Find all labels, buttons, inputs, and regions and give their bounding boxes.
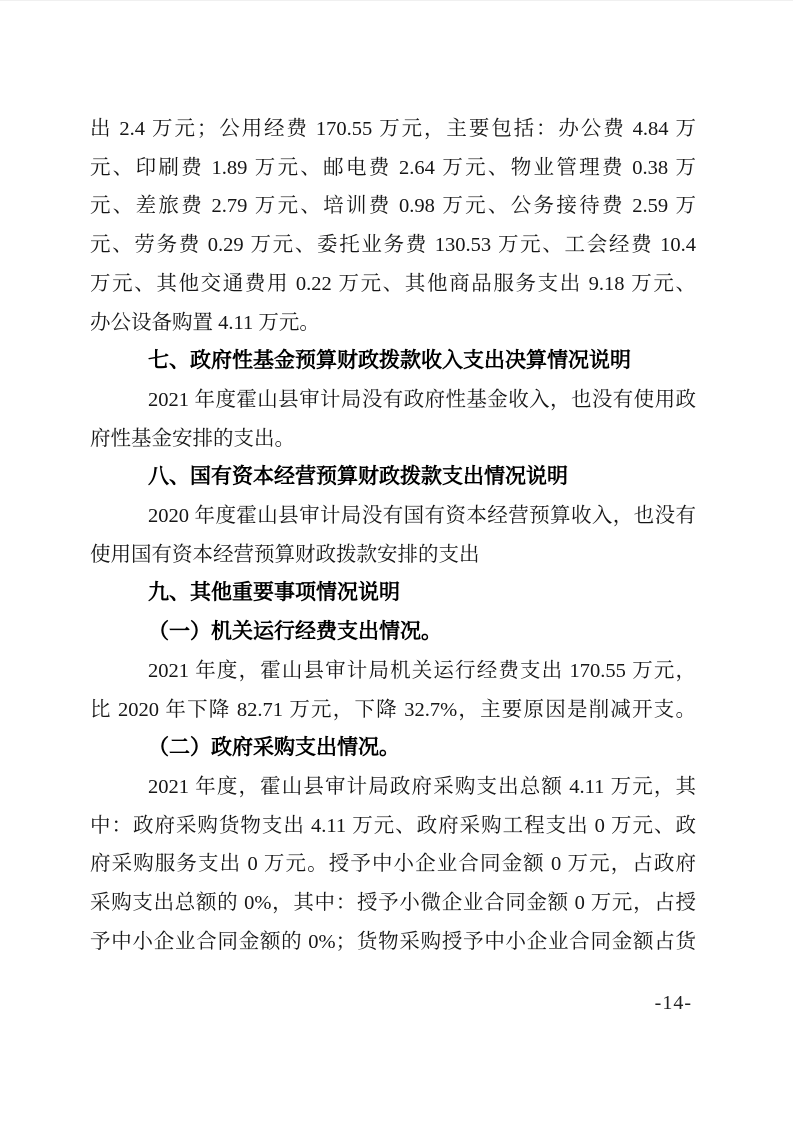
body-line: 比 2020 年下降 82.71 万元，下降 32.7%，主要原因是削减开支。 [90,691,696,730]
body-line: 府性基金安排的支出。 [90,420,696,459]
body-line: 使用国有资本经营预算财政拨款安排的支出 [90,536,696,575]
body-line: 2021 年度，霍山县审计局机关运行经费支出 170.55 万元， [90,652,696,691]
subsection-heading: （二）政府采购支出情况。 [90,729,696,768]
section-heading: 七、政府性基金预算财政拨款收入支出决算情况说明 [90,342,696,381]
body-line: 元、印刷费 1.89 万元、邮电费 2.64 万元、物业管理费 0.38 万 [90,149,696,188]
body-line: 元、差旅费 2.79 万元、培训费 0.98 万元、公务接待费 2.59 万 [90,187,696,226]
body-line: 2021 年度霍山县审计局没有政府性基金收入，也没有使用政 [90,381,696,420]
body-line: 元、劳务费 0.29 万元、委托业务费 130.53 万元、工会经费 10.4 [90,226,696,265]
subsection-heading: （一）机关运行经费支出情况。 [90,613,696,652]
body-line: 出 2.4 万元；公用经费 170.55 万元，主要包括：办公费 4.84 万 [90,110,696,149]
body-line: 2020 年度霍山县审计局没有国有资本经营预算收入，也没有 [90,497,696,536]
section-heading: 九、其他重要事项情况说明 [90,574,696,613]
body-line: 2021 年度，霍山县审计局政府采购支出总额 4.11 万元，其 [90,768,696,807]
document-body: 出 2.4 万元；公用经费 170.55 万元，主要包括：办公费 4.84 万 … [90,110,696,961]
body-line: 中：政府采购货物支出 4.11 万元、政府采购工程支出 0 万元、政 [90,807,696,846]
body-line: 办公设备购置 4.11 万元。 [90,304,696,343]
body-line: 予中小企业合同金额的 0%；货物采购授予中小企业合同金额占货 [90,923,696,962]
body-line: 府采购服务支出 0 万元。授予中小企业合同金额 0 万元，占政府 [90,845,696,884]
page-number: -14- [655,992,692,1015]
body-line: 采购支出总额的 0%，其中：授予小微企业合同金额 0 万元，占授 [90,884,696,923]
body-line: 万元、其他交通费用 0.22 万元、其他商品服务支出 9.18 万元、 [90,265,696,304]
document-page: 出 2.4 万元；公用经费 170.55 万元，主要包括：办公费 4.84 万 … [0,0,793,1123]
section-heading: 八、国有资本经营预算财政拨款支出情况说明 [90,458,696,497]
